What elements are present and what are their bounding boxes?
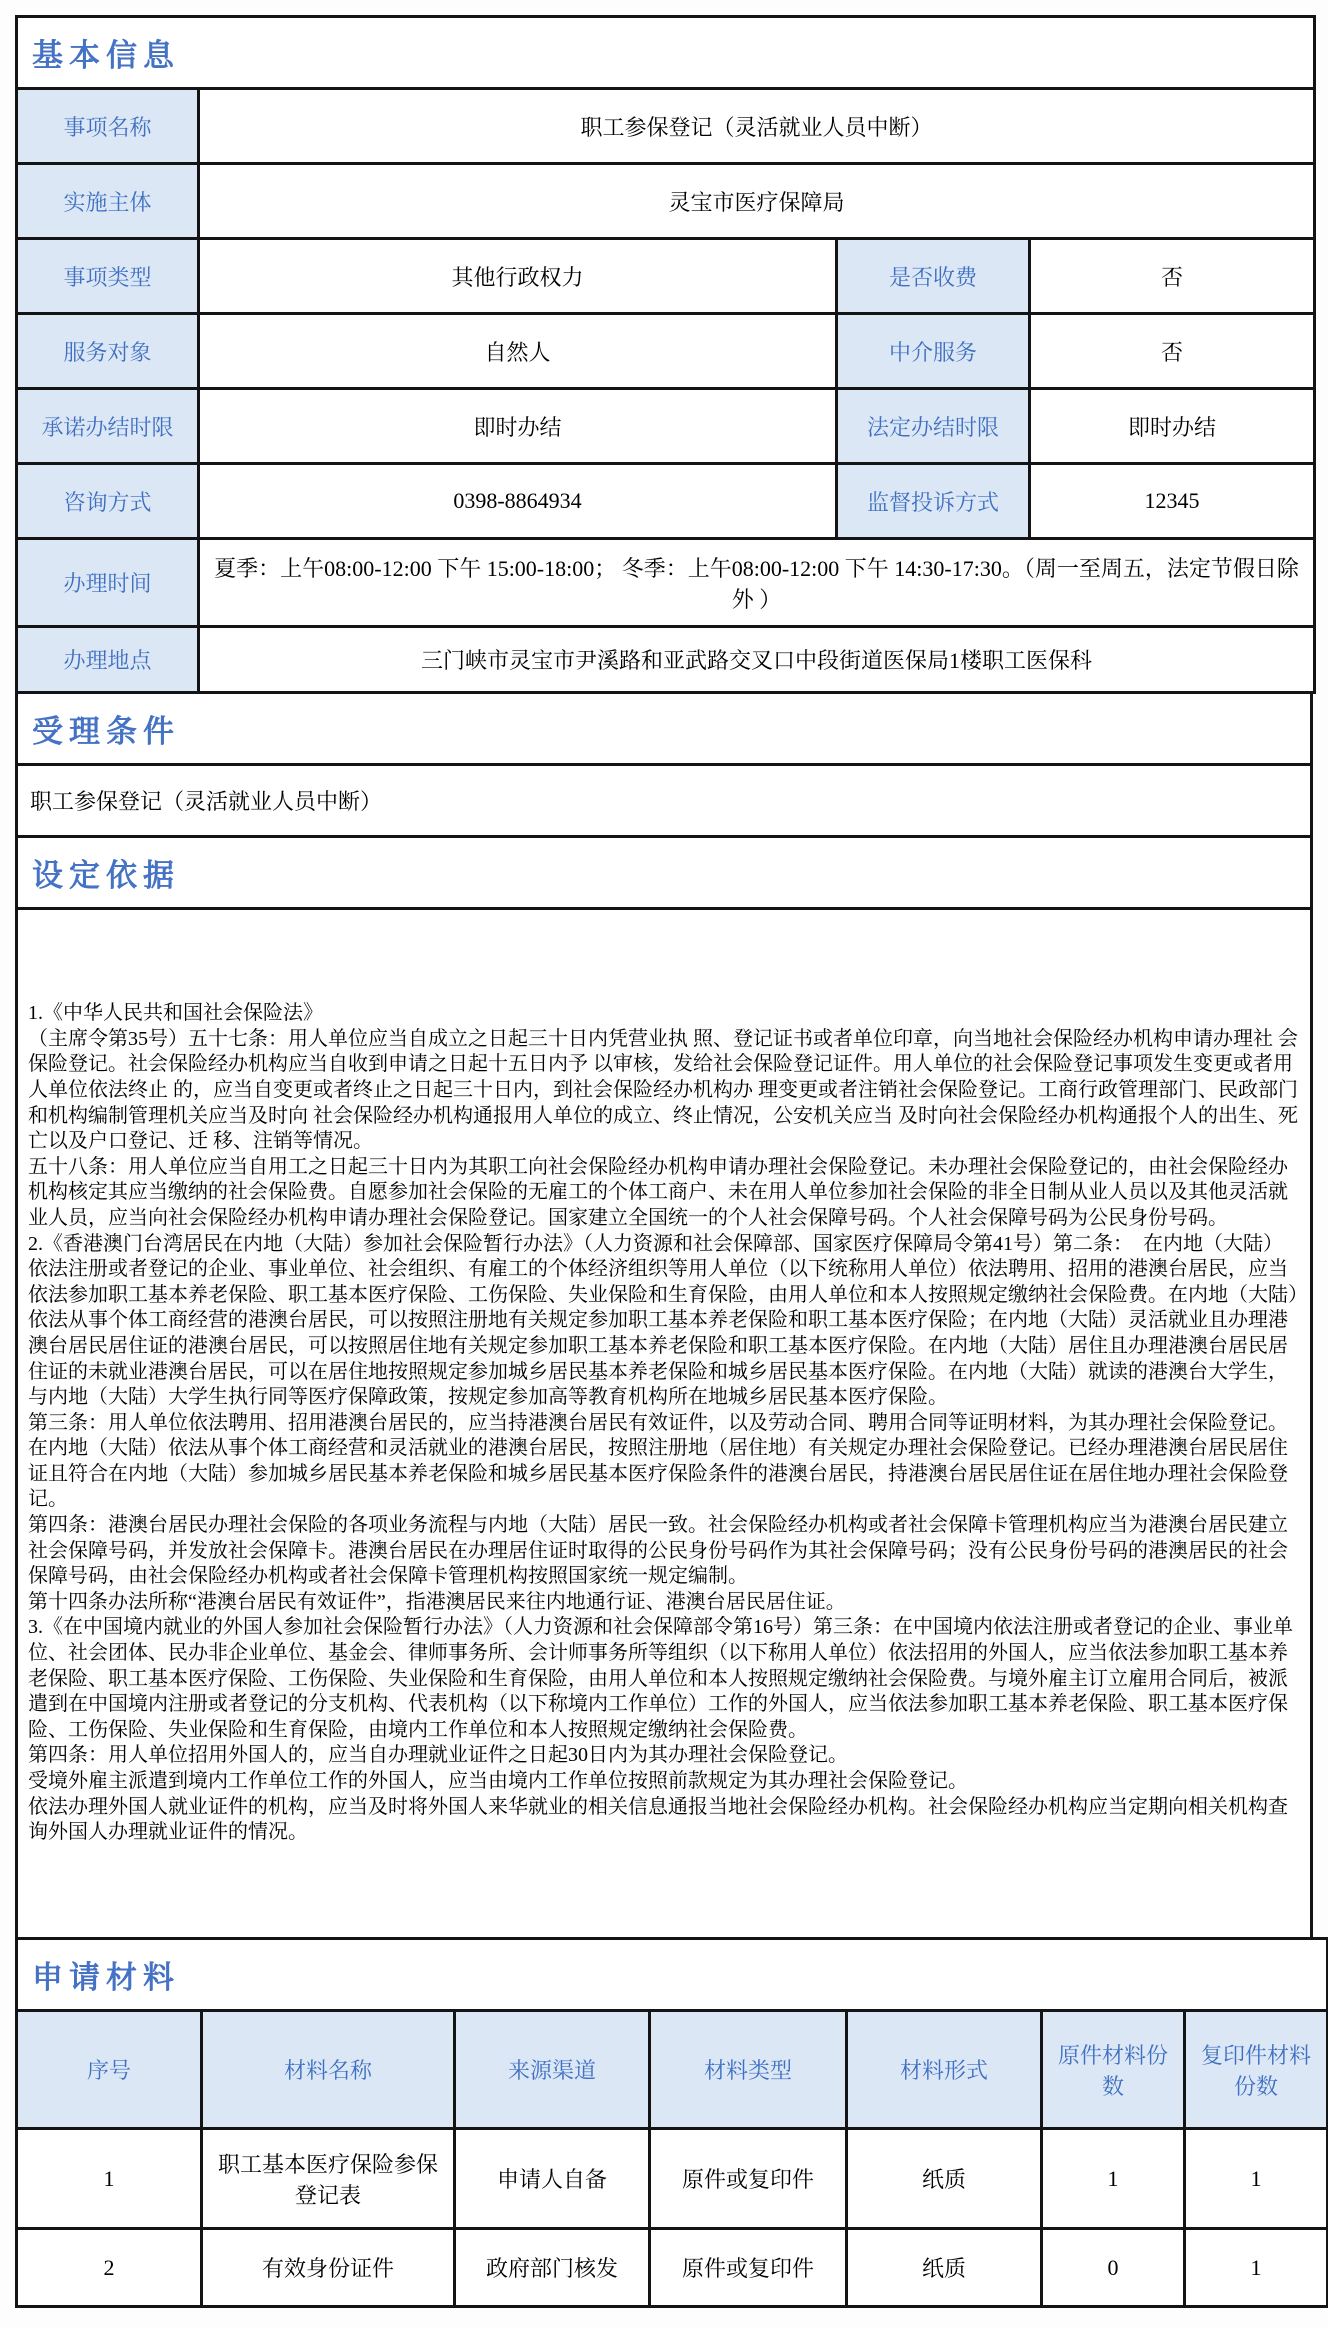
acceptance-section-title: 受理条件 [17,693,1312,765]
field-value-charge: 否 [1030,239,1315,314]
table-row: 1.《中华人民共和国社会保险法》 （主席令第35号）五十七条：用人单位应当自成立… [17,909,1312,1939]
acceptance-section: 受理条件 职工参保登记（灵活就业人员中断） [15,691,1313,838]
materials-cell-type: 原件或复印件 [650,2229,847,2307]
field-label-statutory-time: 法定办结时限 [837,389,1030,464]
materials-cell-source: 申请人自备 [455,2129,650,2229]
materials-cell-form: 纸质 [847,2129,1042,2229]
field-value-complaint-phone: 12345 [1030,464,1315,539]
materials-cell-seq: 1 [17,2129,202,2229]
field-value-consult-phone: 0398-8864934 [199,464,837,539]
materials-cell-photocopy-count: 1 [1185,2229,1328,2307]
field-value-implementing-body: 灵宝市医疗保障局 [199,164,1315,239]
field-value-intermediary: 否 [1030,314,1315,389]
basic-info-title-row: 基本信息 [17,17,1315,89]
field-label-complaint-phone: 监督投诉方式 [837,464,1030,539]
table-row: 事项类型 其他行政权力 是否收费 否 [17,239,1315,314]
field-label-item-type: 事项类型 [17,239,199,314]
table-row: 事项名称 职工参保登记（灵活就业人员中断） [17,89,1315,164]
acceptance-content: 职工参保登记（灵活就业人员中断） [17,765,1312,837]
column-header-material-name: 材料名称 [202,2011,455,2129]
field-value-office-hours: 夏季：上午08:00-12:00 下午 15:00-18:00； 冬季：上午08… [199,539,1315,627]
field-label-item-name: 事项名称 [17,89,199,164]
field-value-item-type: 其他行政权力 [199,239,837,314]
table-row: 服务对象 自然人 中介服务 否 [17,314,1315,389]
legal-basis-section: 设定依据 1.《中华人民共和国社会保险法》 （主席令第35号）五十七条：用人单位… [15,835,1313,1940]
field-value-office-address: 三门峡市灵宝市尹溪路和亚武路交叉口中段街道医保局1楼职工医保科 [199,627,1315,693]
materials-cell-original-count: 1 [1042,2129,1185,2229]
field-value-statutory-time: 即时办结 [1030,389,1315,464]
materials-section: 申请材料 序号 材料名称 来源渠道 材料类型 材料形式 原件材料份数 复印件材料… [15,1937,1328,2308]
basic-info-section-title: 基本信息 [17,17,1315,89]
table-row: 1 职工基本医疗保险参保登记表 申请人自备 原件或复印件 纸质 1 1 [17,2129,1328,2229]
materials-cell-seq: 2 [17,2229,202,2307]
legal-basis-content: 1.《中华人民共和国社会保险法》 （主席令第35号）五十七条：用人单位应当自成立… [17,909,1312,1939]
column-header-source: 来源渠道 [455,2011,650,2129]
field-label-intermediary: 中介服务 [837,314,1030,389]
materials-header-row: 序号 材料名称 来源渠道 材料类型 材料形式 原件材料份数 复印件材料份数 [17,2011,1328,2129]
table-row: 职工参保登记（灵活就业人员中断） [17,765,1312,837]
field-label-charge: 是否收费 [837,239,1030,314]
materials-section-title: 申请材料 [17,1939,1328,2011]
column-header-material-type: 材料类型 [650,2011,847,2129]
field-label-consult-phone: 咨询方式 [17,464,199,539]
table-row: 办理时间 夏季：上午08:00-12:00 下午 15:00-18:00； 冬季… [17,539,1315,627]
materials-cell-type: 原件或复印件 [650,2129,847,2229]
service-detail-page: 基本信息 事项名称 职工参保登记（灵活就业人员中断） 实施主体 灵宝市医疗保障局… [0,0,1328,2328]
field-label-implementing-body: 实施主体 [17,164,199,239]
table-row: 2 有效身份证件 政府部门核发 原件或复印件 纸质 0 1 [17,2229,1328,2307]
field-label-promised-time: 承诺办结时限 [17,389,199,464]
materials-cell-photocopy-count: 1 [1185,2129,1328,2229]
field-value-service-target: 自然人 [199,314,837,389]
column-header-seq: 序号 [17,2011,202,2129]
field-value-item-name: 职工参保登记（灵活就业人员中断） [199,89,1315,164]
basic-info-section: 基本信息 事项名称 职工参保登记（灵活就业人员中断） 实施主体 灵宝市医疗保障局… [15,15,1316,694]
materials-cell-name: 职工基本医疗保险参保登记表 [202,2129,455,2229]
field-label-office-hours: 办理时间 [17,539,199,627]
materials-cell-source: 政府部门核发 [455,2229,650,2307]
materials-cell-form: 纸质 [847,2229,1042,2307]
table-row: 办理地点 三门峡市灵宝市尹溪路和亚武路交叉口中段街道医保局1楼职工医保科 [17,627,1315,693]
legal-basis-title-row: 设定依据 [17,837,1312,909]
field-value-promised-time: 即时办结 [199,389,837,464]
table-row: 咨询方式 0398-8864934 监督投诉方式 12345 [17,464,1315,539]
field-label-office-address: 办理地点 [17,627,199,693]
materials-cell-original-count: 0 [1042,2229,1185,2307]
table-row: 承诺办结时限 即时办结 法定办结时限 即时办结 [17,389,1315,464]
field-label-service-target: 服务对象 [17,314,199,389]
legal-basis-section-title: 设定依据 [17,837,1312,909]
acceptance-title-row: 受理条件 [17,693,1312,765]
column-header-original-copies: 原件材料份数 [1042,2011,1185,2129]
column-header-material-form: 材料形式 [847,2011,1042,2129]
column-header-photocopy-copies: 复印件材料份数 [1185,2011,1328,2129]
materials-cell-name: 有效身份证件 [202,2229,455,2307]
materials-title-row: 申请材料 [17,1939,1328,2011]
table-row: 实施主体 灵宝市医疗保障局 [17,164,1315,239]
